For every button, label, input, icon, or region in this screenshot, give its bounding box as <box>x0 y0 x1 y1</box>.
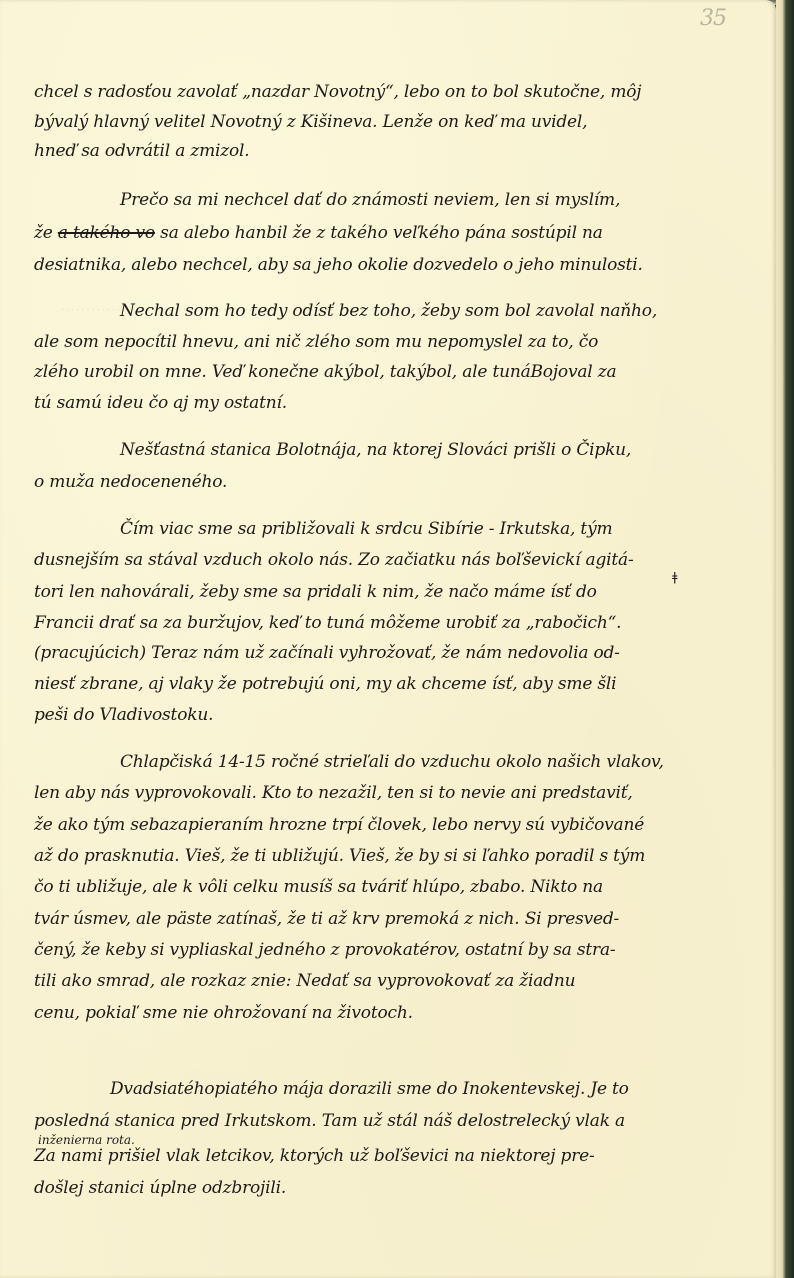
text-fragment: že <box>34 223 53 243</box>
manuscript-page: ········································… <box>0 0 776 1278</box>
text-line: (pracujúcich) Teraz nám už začínali vyhr… <box>34 645 620 662</box>
text-line: tili ako smrad, ale rozkaz znie: Nedať s… <box>34 973 575 990</box>
text-line: zlého urobil on mne. Veď konečne akýbol,… <box>34 364 616 381</box>
text-line: chcel s radosťou zavolať „nazdar Novotný… <box>34 84 641 101</box>
text-line: desiatnika, alebo nechcel, aby sa jeho o… <box>34 257 643 274</box>
text-line: len aby nás vyprovokovali. Kto to nezaži… <box>34 785 633 802</box>
text-line: hneď sa odvrátil a zmizol. <box>34 143 250 160</box>
text-line: Čím viac sme sa približovali k srdcu Sib… <box>120 521 612 538</box>
text-line: o muža nedoceneného. <box>34 474 227 491</box>
text-line: Nechal som ho tedy odísť bez toho, žeby … <box>120 303 657 320</box>
text-fragment: sa alebo hanbil že z takého veľkého pána… <box>160 223 603 243</box>
text-line: tvár úsmev, ale päste zatínaš, že ti až … <box>34 911 619 928</box>
text-line: Za nami prišiel vlak letcikov, ktorých u… <box>34 1148 595 1165</box>
text-line: Prečo sa mi nechcel dať do známosti nevi… <box>120 192 620 209</box>
text-line: ale som nepocítil hnevu, ani nič zlého s… <box>34 334 598 351</box>
text-line: bývalý hlavný velitel Novotný z Kišineva… <box>34 114 587 131</box>
text-line: posledná stanica pred Irkutskom. Tam už … <box>34 1113 625 1130</box>
interlinear-annotation: inženierna rota. <box>38 1133 135 1147</box>
text-line: peši do Vladivostoku. <box>34 707 213 724</box>
text-line: tori len nahovárali, žeby sme sa pridali… <box>34 584 597 601</box>
binding-edge <box>776 0 794 1278</box>
text-line: Dvadsiatéhopiatého mája dorazili sme do … <box>110 1081 629 1098</box>
text-line: až do prasknutia. Vieš, že ti ubližujú. … <box>34 848 645 865</box>
text-line: niesť zbrane, aj vlaky že potrebujú oni,… <box>34 676 616 693</box>
text-line: že a takého vo sa alebo hanbil že z také… <box>34 225 603 242</box>
text-line: Chlapčiská 14-15 ročné strieľali do vzdu… <box>120 754 664 771</box>
text-line: čo ti ubližuje, ale k vôli celku musíš s… <box>34 879 603 896</box>
text-line: cenu, pokiaľ sme nie ohrožovaní na život… <box>34 1005 413 1022</box>
text-line: Francii drať sa za buržujov, keď to tuná… <box>34 615 621 632</box>
text-line: došlej stanici úplne odzbrojili. <box>34 1180 286 1197</box>
text-line: dusnejším sa stával vzduch okolo nás. Zo… <box>34 552 634 569</box>
page-number: 35 <box>700 6 726 31</box>
insertion-mark-icon: ǂ <box>672 570 678 584</box>
text-line: čený, že keby si vypliaskal jedného z pr… <box>34 942 615 959</box>
struck-out-text: a takého vo <box>58 223 155 243</box>
text-line: že ako tým sebazapieraním hrozne trpí čl… <box>34 817 644 834</box>
text-line: tú samú ideu čo aj my ostatní. <box>34 395 287 412</box>
text-line: Nešťastná stanica Bolotnája, na ktorej S… <box>120 442 631 459</box>
